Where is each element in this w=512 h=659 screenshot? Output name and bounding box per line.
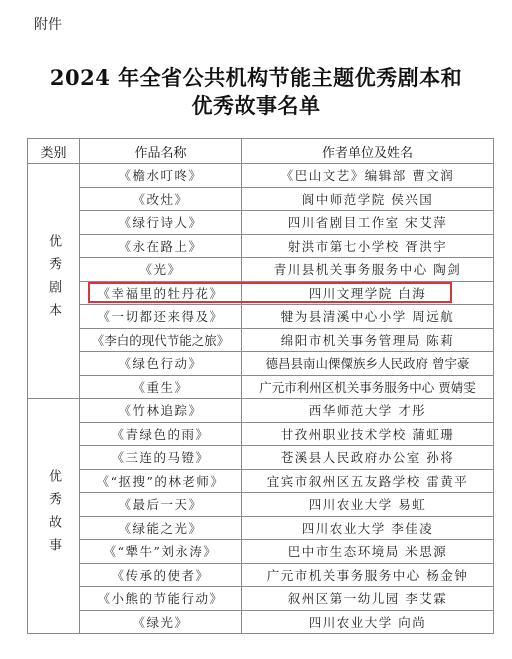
author-cell: 西华师范大学 才彤: [242, 399, 494, 423]
category-cell-stories: 优秀故事: [28, 399, 80, 634]
work-title-cell: 《檐水叮咚》: [80, 164, 242, 188]
author-cell: 《巴山文艺》编辑部 曹文润: [242, 164, 494, 188]
author-cell: 四川省剧目工作室 宋艾萍: [242, 211, 494, 235]
work-title-cell: 《绿能之光》: [80, 516, 242, 540]
work-title-cell: 《青绿色的雨》: [80, 422, 242, 446]
table-header-row: 类别 作品名称 作者单位及姓名: [28, 139, 494, 164]
header-author: 作者单位及姓名: [242, 139, 494, 164]
author-cell: 绵阳市机关事务管理局 陈莉: [242, 328, 494, 352]
work-title-cell: 《一切都还来得及》: [80, 305, 242, 329]
author-cell: 犍为县清溪中心小学 周远航: [242, 305, 494, 329]
author-cell: 苍溪县人民政府办公室 孙将: [242, 446, 494, 470]
table-row: 《传承的使者》广元市机关事务服务中心 杨金钟: [28, 563, 494, 587]
work-title-cell: 《传承的使者》: [80, 563, 242, 587]
author-cell: 四川农业大学 易虹: [242, 493, 494, 517]
table-row: 《“抠搜”的林老师》宜宾市叙州区五友路学校 雷黄平: [28, 469, 494, 493]
table-row: 《绿能之光》四川农业大学 李佳凌: [28, 516, 494, 540]
table-row: 《“犟牛”刘永涛》巴中市生态环境局 米思源: [28, 540, 494, 564]
table-row-highlighted: 《幸福里的牡丹花》四川文理学院 白海: [28, 281, 494, 305]
category-label: 优秀剧本: [44, 234, 63, 326]
work-title-cell: 《小熊的节能行动》: [80, 587, 242, 611]
work-title-cell: 《“抠搜”的林老师》: [80, 469, 242, 493]
table-row: 《绿色行动》德昌县南山傈僳族乡人民政府 曾宇豪: [28, 352, 494, 376]
table-row: 《重生》广元市利州区机关事务服务中心 贾婧雯: [28, 375, 494, 399]
table-row: 《绿光》四川农业大学 向尚: [28, 610, 494, 634]
table-row: 优秀剧本 《檐水叮咚》 《巴山文艺》编辑部 曹文润: [28, 164, 494, 188]
author-cell: 射洪市第七小学校 胥洪宇: [242, 234, 494, 258]
table-row: 《小熊的节能行动》叙州区第一幼儿园 李艾霖: [28, 587, 494, 611]
category-cell-scripts: 优秀剧本: [28, 164, 80, 399]
author-cell: 四川文理学院 白海: [242, 281, 494, 305]
page-title-line-2: 优秀故事名单: [0, 91, 512, 121]
table-row: 优秀故事 《竹林追踪》 西华师范大学 才彤: [28, 399, 494, 423]
table-row: 《永在路上》射洪市第七小学校 胥洪宇: [28, 234, 494, 258]
work-title-cell: 《“犟牛”刘永涛》: [80, 540, 242, 564]
author-cell: 青川县机关事务服务中心 陶剑: [242, 258, 494, 282]
table-row: 《光》青川县机关事务服务中心 陶剑: [28, 258, 494, 282]
author-cell: 叙州区第一幼儿园 李艾霖: [242, 587, 494, 611]
table-row: 《青绿色的雨》甘孜州职业技术学校 蒲虹珊: [28, 422, 494, 446]
header-work-title: 作品名称: [80, 139, 242, 164]
author-cell: 广元市利州区机关事务服务中心 贾婧雯: [242, 375, 494, 399]
work-title-cell: 《三连的马镫》: [80, 446, 242, 470]
author-cell: 阆中师范学院 侯兴国: [242, 187, 494, 211]
table-row: 《绿行诗人》四川省剧目工作室 宋艾萍: [28, 211, 494, 235]
work-title-cell: 《重生》: [80, 375, 242, 399]
work-title-cell: 《绿行诗人》: [80, 211, 242, 235]
table-row: 《改灶》阆中师范学院 侯兴国: [28, 187, 494, 211]
work-title-cell: 《最后一天》: [80, 493, 242, 517]
author-cell: 广元市机关事务服务中心 杨金钟: [242, 563, 494, 587]
work-title-cell: 《竹林追踪》: [80, 399, 242, 423]
author-cell: 巴中市生态环境局 米思源: [242, 540, 494, 564]
author-cell: 德昌县南山傈僳族乡人民政府 曾宇豪: [242, 352, 494, 376]
award-list-table: 类别 作品名称 作者单位及姓名 优秀剧本 《檐水叮咚》 《巴山文艺》编辑部 曹文…: [27, 138, 494, 634]
work-title-cell: 《幸福里的牡丹花》: [80, 281, 242, 305]
author-cell: 甘孜州职业技术学校 蒲虹珊: [242, 422, 494, 446]
work-title-cell: 《绿光》: [80, 610, 242, 634]
attachment-label: 附件: [34, 14, 62, 34]
work-title-cell: 《绿色行动》: [80, 352, 242, 376]
table-row: 《李白的现代节能之旅》绵阳市机关事务管理局 陈莉: [28, 328, 494, 352]
category-label: 优秀故事: [44, 469, 63, 561]
work-title-cell: 《永在路上》: [80, 234, 242, 258]
author-cell: 四川农业大学 向尚: [242, 610, 494, 634]
page-title-line-1: 2024 年全省公共机构节能主题优秀剧本和: [0, 63, 512, 93]
table-row: 《一切都还来得及》犍为县清溪中心小学 周远航: [28, 305, 494, 329]
work-title-cell: 《李白的现代节能之旅》: [80, 328, 242, 352]
author-cell: 四川农业大学 李佳凌: [242, 516, 494, 540]
author-cell: 宜宾市叙州区五友路学校 雷黄平: [242, 469, 494, 493]
work-title-cell: 《光》: [80, 258, 242, 282]
header-category: 类别: [28, 139, 80, 164]
table-row: 《最后一天》四川农业大学 易虹: [28, 493, 494, 517]
table-row: 《三连的马镫》苍溪县人民政府办公室 孙将: [28, 446, 494, 470]
work-title-cell: 《改灶》: [80, 187, 242, 211]
